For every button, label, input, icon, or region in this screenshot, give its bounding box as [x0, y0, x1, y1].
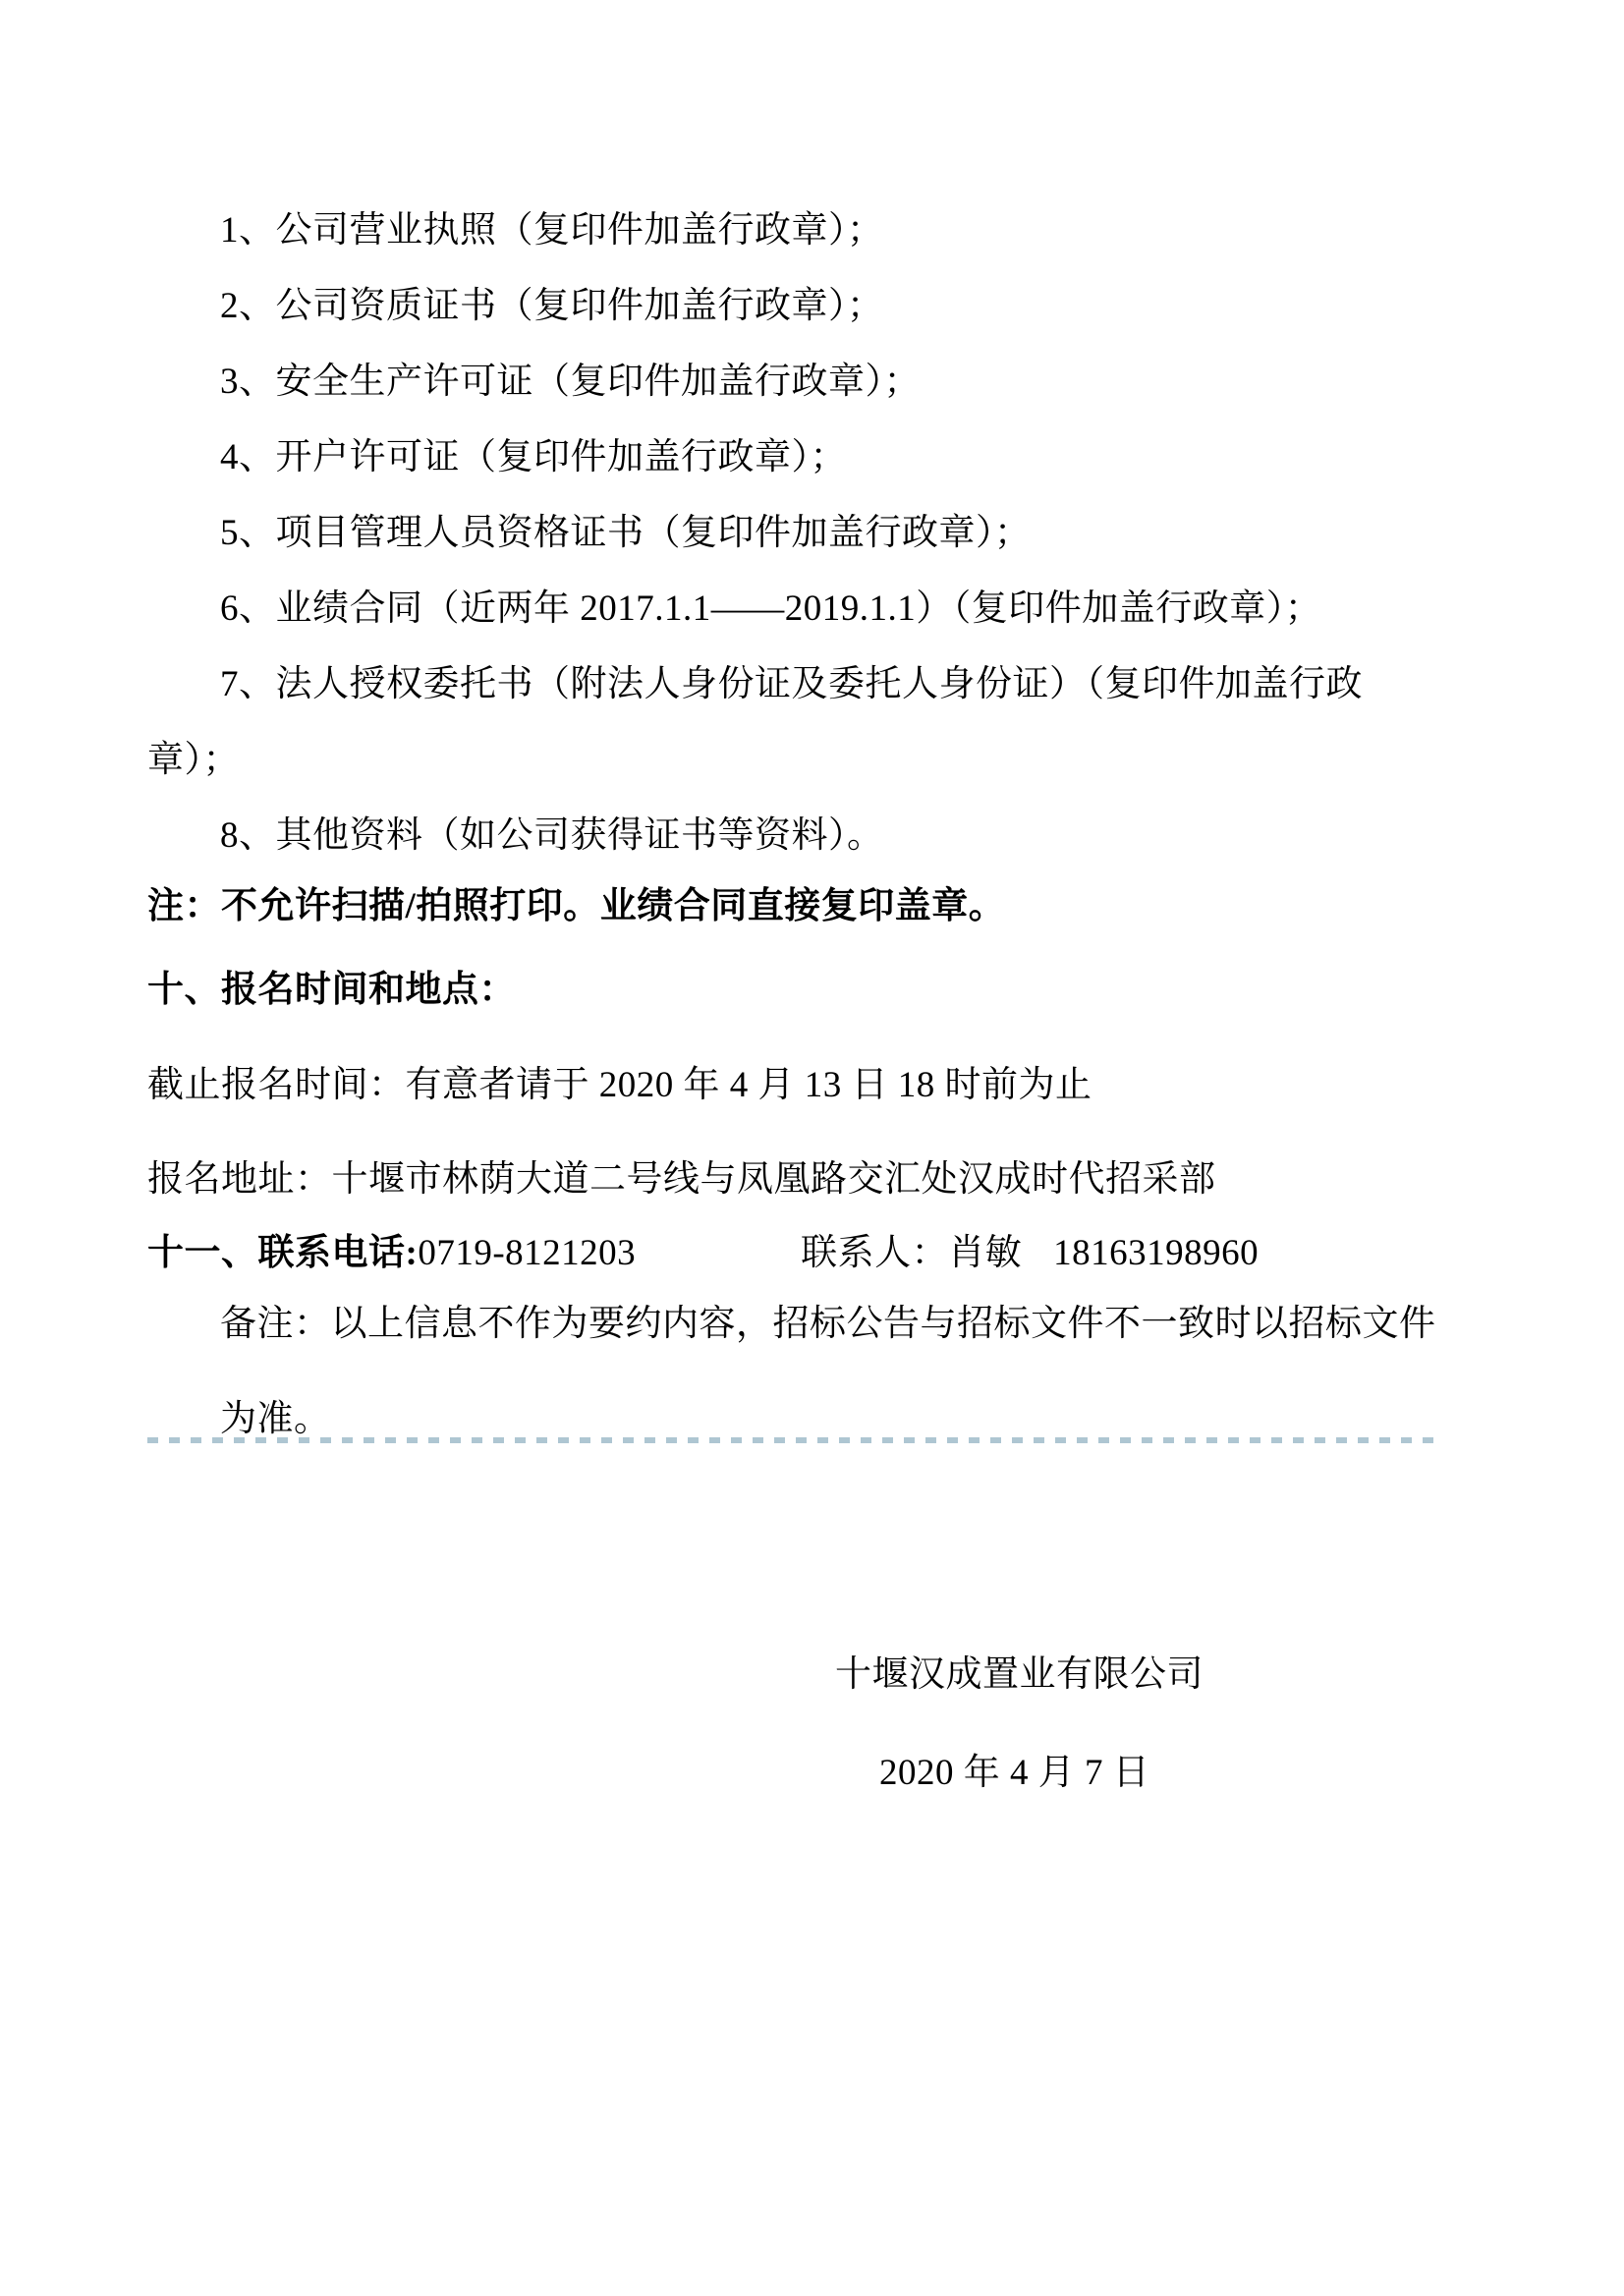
- contact-person-phone: 18163198960: [1053, 1233, 1259, 1273]
- list-item-5: 5、项目管理人员资格证书（复印件加盖行政章）；: [220, 512, 1032, 555]
- address-line: 报名地址：十堰市林荫大道二号线与凤凰路交汇处汉成时代招采部: [147, 1158, 1216, 1202]
- list-item-2: 2、公司资质证书（复印件加盖行政章）；: [220, 285, 884, 328]
- note-line: 注：不允许扫描/拍照打印。业绩合同直接复印盖章。: [147, 885, 1005, 928]
- list-item-4: 4、开户许可证（复印件加盖行政章）；: [220, 436, 847, 479]
- list-item-7-line2: 章）；: [147, 739, 240, 782]
- section-10-heading: 十、报名时间和地点：: [147, 969, 516, 1012]
- page: 1、公司营业执照（复印件加盖行政章）； 2、公司资质证书（复印件加盖行政章）； …: [0, 0, 1624, 2296]
- office-phone: 0719-8121203: [418, 1233, 636, 1273]
- section-divider: [147, 1437, 1436, 1443]
- remark-line-2: 为准。: [220, 1398, 331, 1441]
- section-11-label: 十一、联系电话:: [147, 1233, 418, 1273]
- contact-line: 十一、联系电话:0719-8121203联系人：肖敏18163198960: [147, 1232, 1259, 1275]
- list-item-6: 6、业绩合同（近两年 2017.1.1——2019.1.1）（复印件加盖行政章）…: [220, 588, 1321, 631]
- list-item-7-line1: 7、法人授权委托书（附法人身份证及委托人身份证）（复印件加盖行政: [220, 663, 1363, 706]
- signature-company: 十堰汉成置业有限公司: [835, 1653, 1204, 1697]
- remark-line-1: 备注：以上信息不作为要约内容，招标公告与招标文件不一致时以招标文件: [220, 1303, 1436, 1346]
- list-item-8: 8、其他资料（如公司获得证书等资料）。: [220, 814, 884, 858]
- list-item-1: 1、公司营业执照（复印件加盖行政章）；: [220, 209, 884, 252]
- deadline-line: 截止报名时间：有意者请于 2020 年 4 月 13 日 18 时前为止: [147, 1064, 1092, 1107]
- signature-date: 2020 年 4 月 7 日: [879, 1752, 1149, 1795]
- list-item-3: 3、安全生产许可证（复印件加盖行政章）；: [220, 361, 921, 404]
- contact-person-label: 联系人：肖敏: [801, 1233, 1022, 1273]
